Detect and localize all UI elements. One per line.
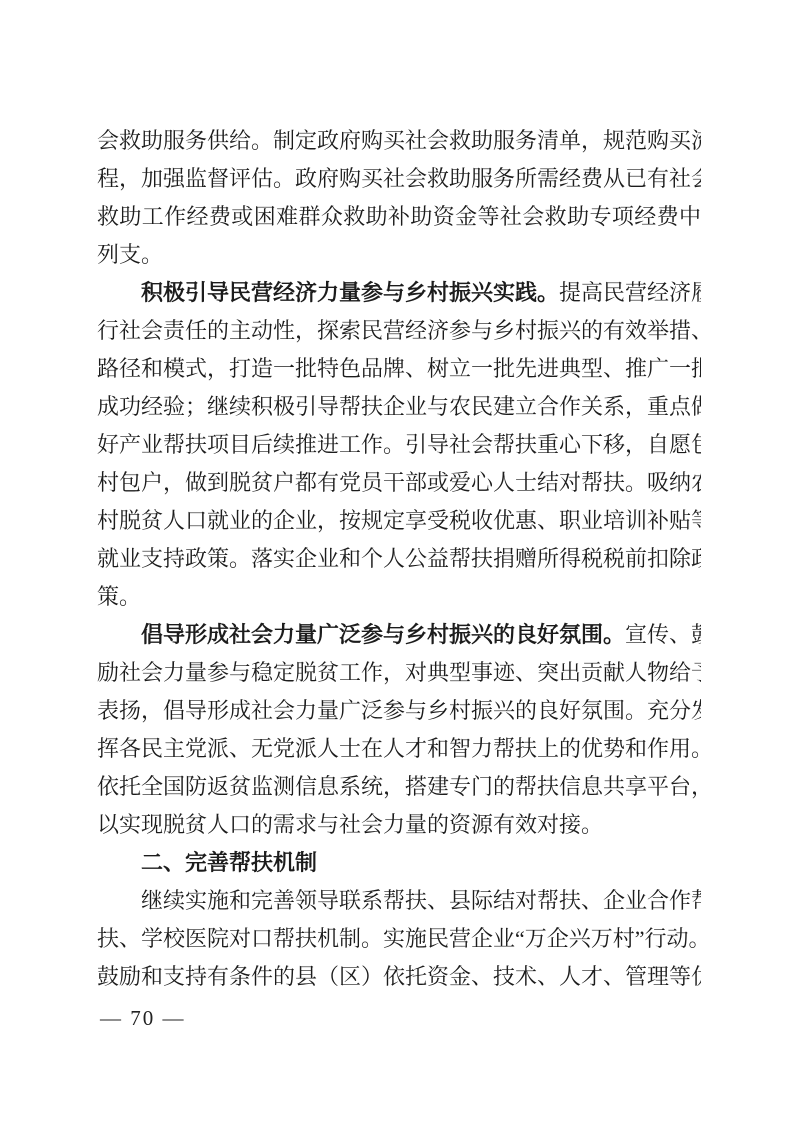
text-line: 村包户，做到脱贫户都有党员干部或爱心人士结对帮扶。吸纳农 bbox=[97, 464, 701, 502]
text-line: 程，加强监督评估。政府购买社会救助服务所需经费从已有社会 bbox=[97, 160, 701, 198]
text-segment: 挥各民主党派、无党派人士在人才和智力帮扶上的优势和作用。 bbox=[97, 736, 701, 761]
paragraph-social-assistance-services: 会救助服务供给。制定政府购买社会救助服务清单，规范购买流程，加强监督评估。政府购… bbox=[97, 122, 701, 274]
text-line: 策。 bbox=[97, 578, 701, 616]
text-segment: 表扬，倡导形成社会力量广泛参与乡村振兴的良好氛围。充分发 bbox=[97, 698, 701, 723]
text-segment: 会救助服务供给。制定政府购买社会救助服务清单，规范购买流 bbox=[97, 128, 701, 153]
text-segment: 好产业帮扶项目后续推进工作。引导社会帮扶重心下移，自愿包 bbox=[97, 432, 701, 457]
text-line: 二、完善帮扶机制 bbox=[97, 844, 701, 882]
text-line: 励社会力量参与稳定脱贫工作，对典型事迹、突出贡献人物给予 bbox=[97, 654, 701, 692]
text-line: 好产业帮扶项目后续推进工作。引导社会帮扶重心下移，自愿包 bbox=[97, 426, 701, 464]
text-line: 积极引导民营经济力量参与乡村振兴实践。提高民营经济履 bbox=[97, 274, 701, 312]
text-line: 倡导形成社会力量广泛参与乡村振兴的良好氛围。宣传、鼓 bbox=[97, 616, 701, 654]
text-line: 以实现脱贫人口的需求与社会力量的资源有效对接。 bbox=[97, 806, 701, 844]
text-line: 扶、学校医院对口帮扶机制。实施民营企业“万企兴万村”行动。 bbox=[97, 920, 701, 958]
text-line: 继续实施和完善领导联系帮扶、县际结对帮扶、企业合作帮 bbox=[97, 882, 701, 920]
text-segment: 鼓励和支持有条件的县（区）依托资金、技术、人才、管理等优 bbox=[97, 964, 701, 989]
bold-text-segment: 倡导形成社会力量广泛参与乡村振兴的良好氛围。 bbox=[141, 622, 625, 647]
text-segment: 以实现脱贫人口的需求与社会力量的资源有效对接。 bbox=[97, 812, 603, 837]
text-line: 依托全国防返贫监测信息系统，搭建专门的帮扶信息共享平台， bbox=[97, 768, 701, 806]
text-line: 成功经验；继续积极引导帮扶企业与农民建立合作关系，重点做 bbox=[97, 388, 701, 426]
text-line: 行社会责任的主动性，探索民营经济参与乡村振兴的有效举措、 bbox=[97, 312, 701, 350]
bold-text-segment: 二、完善帮扶机制 bbox=[141, 850, 317, 875]
text-segment: 就业支持政策。落实企业和个人公益帮扶捐赠所得税税前扣除政 bbox=[97, 546, 701, 571]
text-segment: 提高民营经济履 bbox=[559, 280, 701, 305]
text-line: 就业支持政策。落实企业和个人公益帮扶捐赠所得税税前扣除政 bbox=[97, 540, 701, 578]
text-segment: 村脱贫人口就业的企业，按规定享受税收优惠、职业培训补贴等 bbox=[97, 508, 701, 533]
text-segment: 村包户，做到脱贫户都有党员干部或爱心人士结对帮扶。吸纳农 bbox=[97, 470, 701, 495]
text-line: 列支。 bbox=[97, 236, 701, 274]
text-segment: 路径和模式，打造一批特色品牌、树立一批先进典型、推广一批 bbox=[97, 356, 701, 381]
text-line: 路径和模式，打造一批特色品牌、树立一批先进典型、推广一批 bbox=[97, 350, 701, 388]
text-segment: 继续实施和完善领导联系帮扶、县际结对帮扶、企业合作帮 bbox=[141, 888, 701, 913]
paragraph-assistance-mechanisms: 继续实施和完善领导联系帮扶、县际结对帮扶、企业合作帮扶、学校医院对口帮扶机制。实… bbox=[97, 882, 701, 996]
text-line: 救助工作经费或困难群众救助补助资金等社会救助专项经费中 bbox=[97, 198, 701, 236]
page-number: — 70 — bbox=[100, 1003, 186, 1033]
document-body: 会救助服务供给。制定政府购买社会救助服务清单，规范购买流程，加强监督评估。政府购… bbox=[97, 122, 701, 996]
document-page: 会救助服务供给。制定政府购买社会救助服务清单，规范购买流程，加强监督评估。政府购… bbox=[0, 0, 793, 1122]
text-segment: 成功经验；继续积极引导帮扶企业与农民建立合作关系，重点做 bbox=[97, 394, 701, 419]
bold-text-segment: 积极引导民营经济力量参与乡村振兴实践。 bbox=[141, 280, 559, 305]
section-heading-improve-assistance-mechanism: 二、完善帮扶机制 bbox=[97, 844, 701, 882]
text-line: 鼓励和支持有条件的县（区）依托资金、技术、人才、管理等优 bbox=[97, 958, 701, 996]
text-segment: 行社会责任的主动性，探索民营经济参与乡村振兴的有效举措、 bbox=[97, 318, 701, 343]
text-segment: 宣传、鼓 bbox=[625, 622, 701, 647]
text-line: 表扬，倡导形成社会力量广泛参与乡村振兴的良好氛围。充分发 bbox=[97, 692, 701, 730]
text-line: 村脱贫人口就业的企业，按规定享受税收优惠、职业培训补贴等 bbox=[97, 502, 701, 540]
text-segment: 策。 bbox=[97, 584, 141, 609]
text-line: 会救助服务供给。制定政府购买社会救助服务清单，规范购买流 bbox=[97, 122, 701, 160]
text-segment: 程，加强监督评估。政府购买社会救助服务所需经费从已有社会 bbox=[97, 166, 701, 191]
text-segment: 扶、学校医院对口帮扶机制。实施民营企业“万企兴万村”行动。 bbox=[97, 926, 701, 951]
text-segment: 依托全国防返贫监测信息系统，搭建专门的帮扶信息共享平台， bbox=[97, 774, 701, 799]
text-segment: 救助工作经费或困难群众救助补助资金等社会救助专项经费中 bbox=[97, 204, 701, 229]
text-segment: 励社会力量参与稳定脱贫工作，对典型事迹、突出贡献人物给予 bbox=[97, 660, 701, 685]
paragraph-social-forces-atmosphere: 倡导形成社会力量广泛参与乡村振兴的良好氛围。宣传、鼓励社会力量参与稳定脱贫工作，… bbox=[97, 616, 701, 844]
paragraph-private-economy-participation: 积极引导民营经济力量参与乡村振兴实践。提高民营经济履行社会责任的主动性，探索民营… bbox=[97, 274, 701, 616]
text-segment: 列支。 bbox=[97, 242, 163, 267]
text-line: 挥各民主党派、无党派人士在人才和智力帮扶上的优势和作用。 bbox=[97, 730, 701, 768]
